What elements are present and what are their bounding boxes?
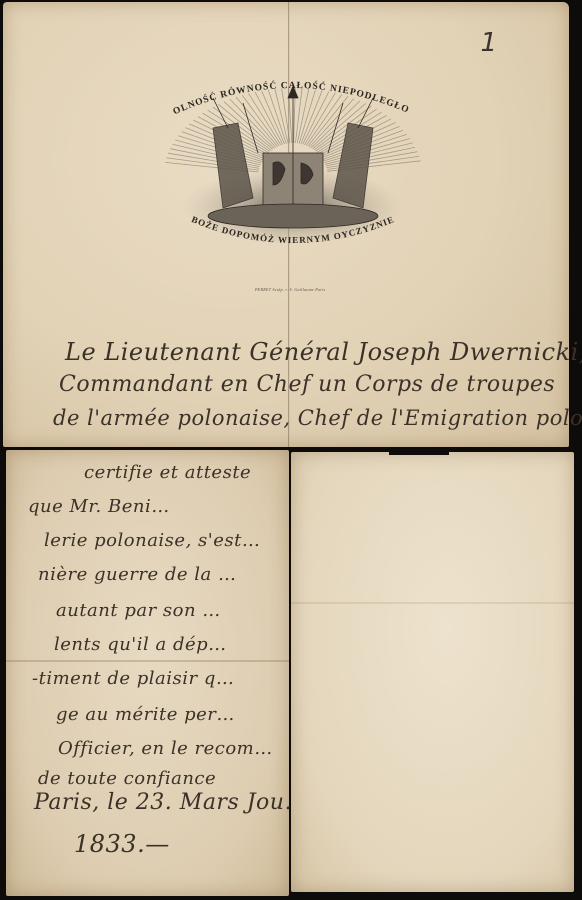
engraver-credit: PERRET Sculp. r. S. Guillaume Paris [255,287,325,292]
body-line-2: que Mr. Beni… [28,496,170,517]
body-line-7: -timent de plaisir q… [32,668,234,689]
fold-line [291,602,574,604]
body-line-6: lents qu'il a dép… [54,634,227,655]
page-number: 1 [480,28,497,58]
polish-emblem-engraving: (function(){ var g = document.currentScr… [143,68,443,268]
motto-top: WOLNOŚĆ RÓWNOŚĆ CAŁOŚĆ NIEPODLEGŁOŚĆ [143,68,411,117]
header-line-2: Commandant en Chef un Corps de troupes [59,372,555,397]
header-line-1: Le Lieutenant Général Joseph Dwernicki, [65,338,582,366]
body-line-9: Officier, en le recom… [58,738,273,759]
document-top-sheet: 1 (function(){ var g = document.currentS… [3,2,569,447]
year-line: 1833.— [74,830,170,858]
svg-text:WOLNOŚĆ RÓWNOŚĆ CAŁOŚĆ NIEPODL: WOLNOŚĆ RÓWNOŚĆ CAŁOŚĆ NIEPODLEGŁOŚĆ [143,68,411,117]
body-line-5: autant par son … [56,600,221,621]
paper-tear [456,447,571,452]
body-line-8: ge au mérite per… [56,704,235,725]
header-line-3: de l'armée polonaise, Chef de l'Emigrati… [53,406,582,430]
body-line-10: de toute confiance [38,768,216,789]
fold-line [6,660,289,662]
body-line-1: certifie et atteste [84,462,251,483]
document-bottom-right-sheet [291,452,574,892]
body-line-4: nière guerre de la … [38,564,236,585]
date-line: Paris, le 23. Mars Jou… [34,790,307,815]
paper-tear [389,447,449,455]
body-line-3: lerie polonaise, s'est… [44,530,260,551]
document-bottom-left-sheet: certifie et atteste que Mr. Beni… lerie … [6,450,289,896]
